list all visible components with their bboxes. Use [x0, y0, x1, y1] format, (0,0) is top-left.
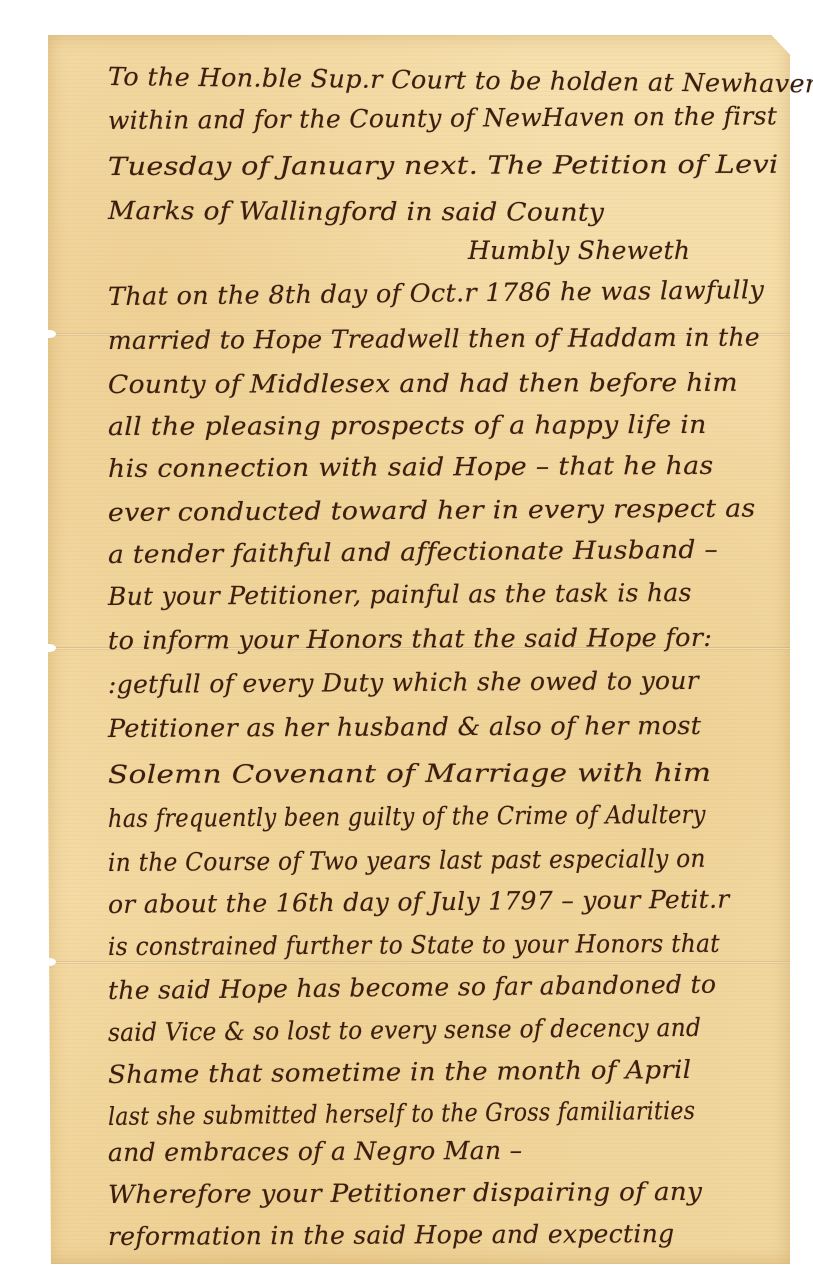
text-line: a tender faithful and affectionate Husba… [108, 535, 718, 569]
text-line: last she submitted herself to the Gross … [108, 1096, 696, 1131]
text-line: said Vice & so lost to every sense of de… [108, 1013, 701, 1047]
text-line: married to Hope Treadwell then of Haddam… [108, 323, 760, 355]
text-line: But your Petitioner, painful as the task… [108, 578, 692, 611]
text-line: all the pleasing prospects of a happy li… [108, 410, 707, 441]
text-line: and embraces of a Negro Man – [108, 1136, 523, 1167]
text-line: Humbly Sheweth [468, 236, 690, 265]
text-line: ever conducted toward her in every respe… [108, 493, 756, 527]
fold-crease-3 [48, 961, 790, 964]
text-line: to inform your Honors that the said Hope… [108, 623, 712, 655]
text-line: his connection with said Hope – that he … [108, 451, 714, 483]
text-line: reformation in the said Hope and expecti… [108, 1219, 675, 1251]
text-line: is constrained further to State to your … [108, 929, 720, 961]
text-line: Solemn Covenant of Marriage with him [108, 758, 711, 789]
text-line: Petitioner as her husband & also of her … [108, 711, 701, 743]
text-line: Wherefore your Petitioner dispairing of … [108, 1177, 702, 1209]
fold-notch-1 [42, 330, 56, 338]
fold-notch-3 [42, 958, 56, 966]
text-line: Marks of Wallingford in said County [108, 196, 604, 227]
text-line: has frequently been guilty of the Crime … [108, 800, 706, 833]
text-line: :getfull of every Duty which she owed to… [108, 666, 699, 699]
text-line: Tuesday of January next. The Petition of… [108, 150, 779, 181]
text-line: County of Middlesex and had then before … [108, 368, 738, 399]
text-line: Shame that sometime in the month of Apri… [108, 1055, 692, 1089]
text-line: within and for the County of NewHaven on… [108, 101, 777, 135]
text-line: in the Course of Two years last past esp… [108, 844, 706, 877]
fold-notch-2 [42, 644, 56, 652]
text-line: or about the 16th day of July 1797 – you… [108, 885, 730, 919]
